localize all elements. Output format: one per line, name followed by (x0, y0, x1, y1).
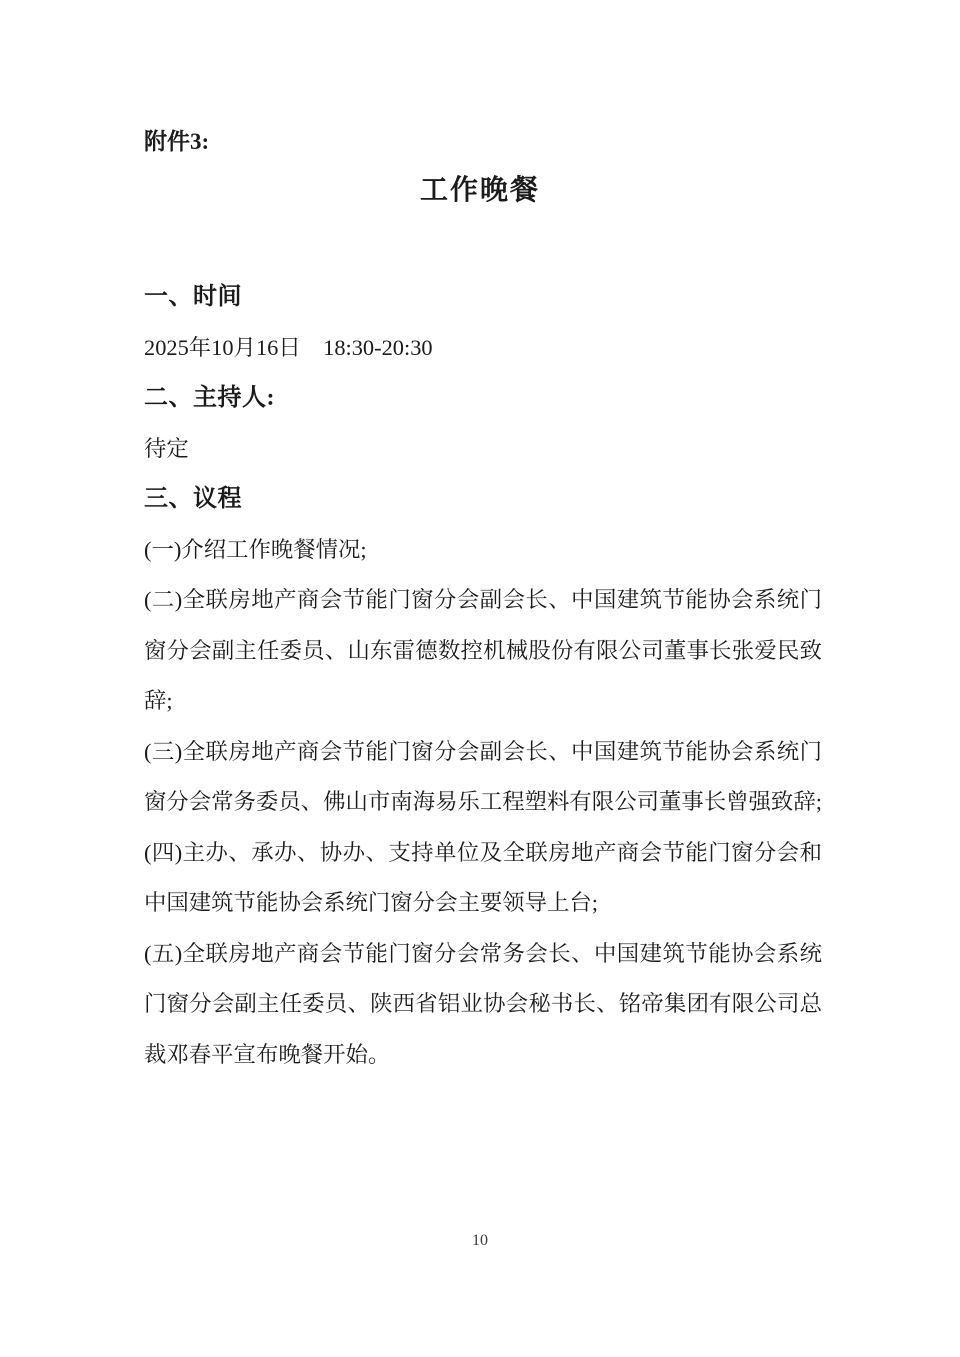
document-title: 工作晚餐 (0, 173, 960, 209)
section-heading-agenda: 三、议程 (144, 474, 822, 525)
page-number: 10 (0, 1231, 960, 1252)
section-heading-host: 二、主持人: (144, 373, 822, 424)
agenda-item-1: (一)介绍工作晚餐情况; (144, 525, 822, 576)
agenda-item-2: (二)全联房地产商会节能门窗分会副会长、中国建筑节能协会系统门窗分会副主任委员、… (144, 575, 822, 727)
agenda-item-5: (五)全联房地产商会节能门窗分会常务会长、中国建筑节能协会系统门窗分会副主任委员… (144, 929, 822, 1081)
agenda-item-3: (三)全联房地产商会节能门窗分会副会长、中国建筑节能协会系统门窗分会常务委员、佛… (144, 727, 822, 828)
agenda-item-4: (四)主办、承办、协办、支持单位及全联房地产商会节能门窗分会和中国建筑节能协会系… (144, 828, 822, 929)
document-body: 一、时间 2025年10月16日 18:30-20:30 二、主持人: 待定 三… (144, 272, 822, 1080)
host-value: 待定 (144, 424, 822, 475)
document-page: 附件3: 工作晚餐 一、时间 2025年10月16日 18:30-20:30 二… (0, 0, 960, 1357)
attachment-label: 附件3: (144, 127, 209, 157)
time-value: 2025年10月16日 18:30-20:30 (144, 323, 822, 374)
section-heading-time: 一、时间 (144, 272, 822, 323)
